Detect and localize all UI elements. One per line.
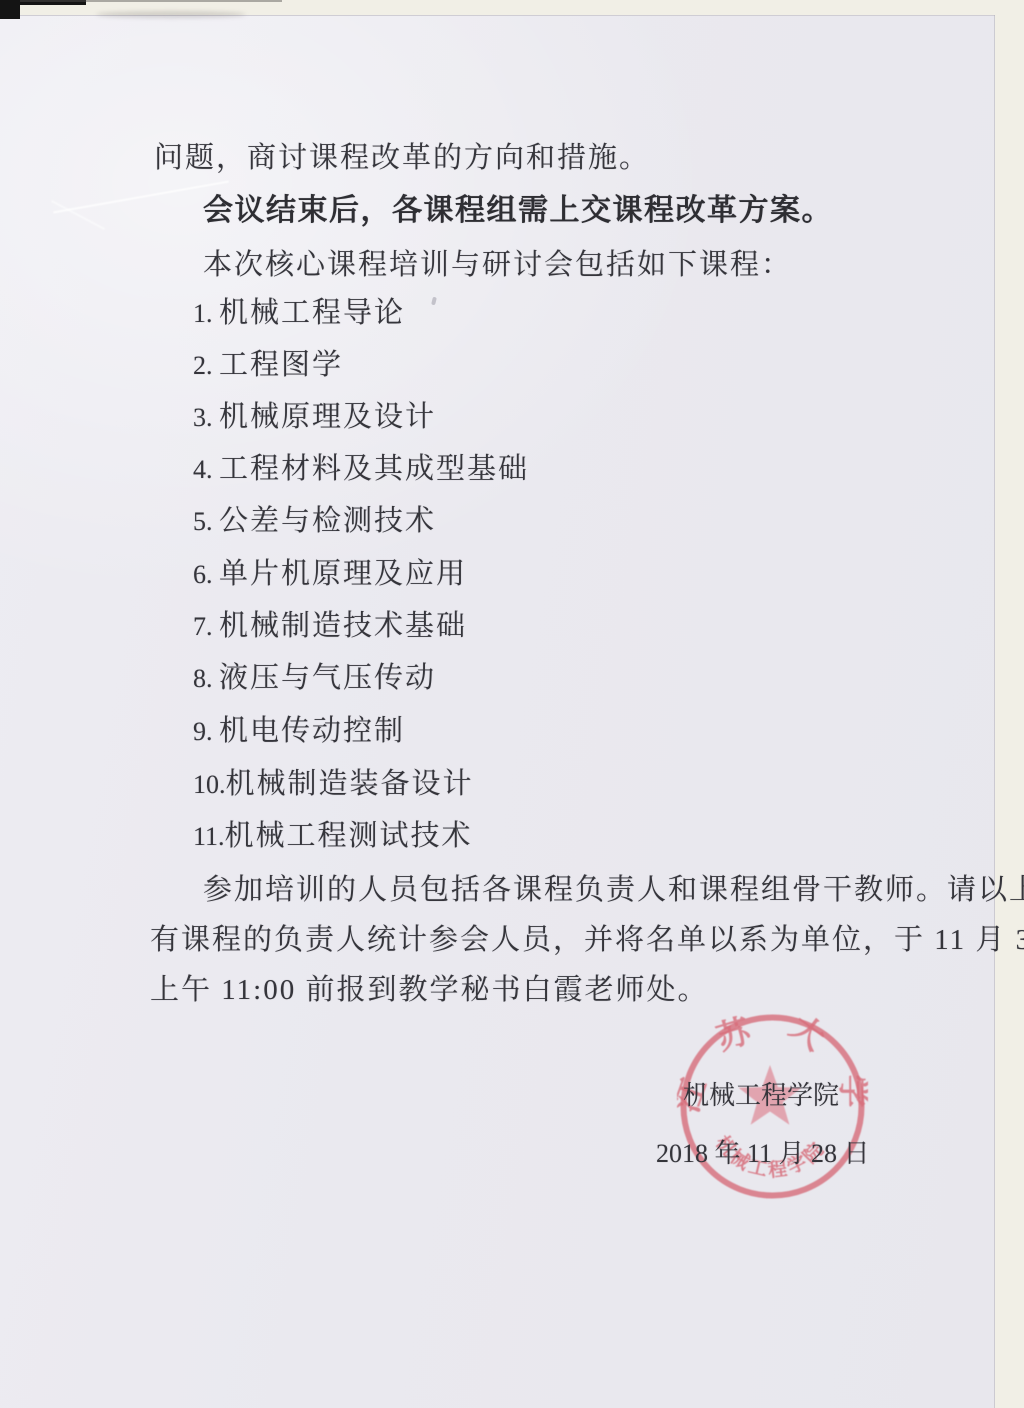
course-number: 3. bbox=[193, 404, 219, 433]
closing-paragraph-line: 上午 11:00 前报到教学秘书白霞老师处。 bbox=[150, 975, 708, 1007]
paper-right-edge bbox=[994, 15, 995, 1408]
course-title: 机械制造技术基础 bbox=[219, 610, 467, 642]
course-list-item: 4.工程材料及其成型基础 bbox=[193, 454, 529, 486]
course-list-item: 6.单片机原理及应用 bbox=[193, 559, 467, 591]
course-number: 7. bbox=[193, 613, 219, 642]
course-list-item: 5.公差与检测技术 bbox=[193, 506, 436, 538]
signature-date: 2018 年 11 月 28 日 bbox=[656, 1140, 870, 1169]
course-list-item: 2.工程图学 bbox=[193, 350, 343, 382]
course-number: 8. bbox=[193, 665, 219, 694]
course-title: 公差与检测技术 bbox=[219, 505, 436, 537]
course-number: 1. bbox=[193, 300, 219, 329]
course-list-item: 3.机械原理及设计 bbox=[193, 402, 436, 434]
course-title: 工程材料及其成型基础 bbox=[219, 453, 529, 485]
course-title: 单片机原理及应用 bbox=[219, 558, 467, 590]
course-number: 10. bbox=[193, 771, 226, 800]
course-title: 机械工程导论 bbox=[219, 297, 405, 329]
course-title: 机电传动控制 bbox=[219, 715, 405, 747]
list-intro-line: 本次核心课程培训与研讨会包括如下课程： bbox=[203, 250, 792, 282]
course-number: 9. bbox=[193, 718, 219, 747]
scan-smudge bbox=[96, 11, 246, 18]
course-title: 工程图学 bbox=[219, 349, 343, 381]
closing-paragraph-line: 有课程的负责人统计参会人员，并将名单以系为单位，于 11 月 30 日 bbox=[150, 925, 1024, 957]
course-title: 机械工程测试技术 bbox=[225, 820, 473, 852]
course-number: 2. bbox=[193, 352, 219, 381]
course-list-item: 1.机械工程导论 bbox=[193, 298, 405, 330]
closing-paragraph-line: 参加培训的人员包括各课程负责人和课程组骨干教师。请以上所 bbox=[203, 875, 1024, 907]
course-list-item: 8.液压与气压传动 bbox=[193, 663, 436, 695]
course-list-item: 9.机电传动控制 bbox=[193, 716, 405, 748]
bold-requirement-line: 会议结束后，各课程组需上交课程改革方案。 bbox=[203, 194, 833, 227]
course-list-item: 7.机械制造技术基础 bbox=[193, 611, 467, 643]
course-number: 4. bbox=[193, 456, 219, 485]
course-title: 液压与气压传动 bbox=[219, 662, 436, 694]
scan-top-edge-line bbox=[20, 0, 282, 2]
course-title: 机械制造装备设计 bbox=[226, 768, 474, 800]
scanned-document-screenshot: { "colors": { "paper": "#eae9ef", "scann… bbox=[0, 0, 1024, 1408]
paragraph-continuation-line: 问题，商讨课程改革的方向和措施。 bbox=[154, 143, 650, 175]
course-list-item: 11.机械工程测试技术 bbox=[193, 821, 473, 853]
course-title: 机械原理及设计 bbox=[219, 401, 436, 433]
signature-organization: 机械工程学院 bbox=[683, 1082, 839, 1111]
course-number: 6. bbox=[193, 561, 219, 590]
course-list-item: 10.机械制造装备设计 bbox=[193, 769, 474, 801]
course-number: 11. bbox=[193, 823, 225, 852]
course-number: 5. bbox=[193, 508, 219, 537]
